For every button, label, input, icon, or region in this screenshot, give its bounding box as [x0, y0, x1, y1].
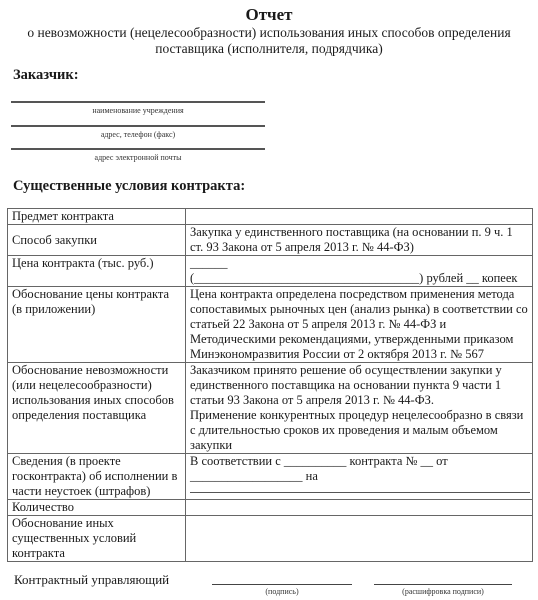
row-label: Способ закупки	[8, 225, 186, 256]
customer-address-caption: адрес, телефон (факс)	[11, 130, 265, 139]
row-label: Количество	[8, 500, 186, 516]
conditions-table: Предмет контракта Способ закупки Закупка…	[7, 208, 533, 562]
row-value-procurement-method: Закупка у единственного поставщика (на о…	[186, 225, 533, 256]
table-row: Предмет контракта	[8, 209, 533, 225]
price-words-line: (____________________________________) р…	[190, 271, 528, 286]
customer-email-field[interactable]	[11, 148, 265, 150]
document-title: Отчет	[0, 5, 538, 25]
row-value-quantity[interactable]	[186, 500, 533, 516]
penalties-line-1: В соответствии с __________ контракта № …	[190, 454, 528, 469]
signatory-label: Контрактный управляющий	[14, 572, 169, 588]
table-row: Способ закупки Закупка у единственного п…	[8, 225, 533, 256]
penalties-line-2: __________________ на	[190, 469, 528, 484]
row-value-penalties[interactable]: В соответствии с __________ контракта № …	[186, 454, 533, 500]
customer-label: Заказчик:	[13, 67, 79, 84]
subtitle-line-1: о невозможности (нецелесообразности) исп…	[0, 25, 538, 41]
customer-name-caption: наименование учреждения	[11, 106, 265, 115]
row-value-impossibility-justification: Заказчиком принято решение об осуществле…	[186, 363, 533, 454]
signature-decoding-caption: (расшифровка подписи)	[374, 587, 512, 596]
table-row: Обоснование цены контракта (в приложении…	[8, 287, 533, 363]
row-label: Обоснование цены контракта (в приложении…	[8, 287, 186, 363]
signature-decoding-field[interactable]	[374, 584, 512, 585]
table-row: Количество	[8, 500, 533, 516]
row-label: Обоснование иных существенных условий ко…	[8, 516, 186, 562]
row-value-price-justification: Цена контракта определена посредством пр…	[186, 287, 533, 363]
justification-paragraph-1: Заказчиком принято решение об осуществле…	[190, 363, 528, 408]
subtitle-line-2: поставщика (исполнителя, подрядчика)	[0, 41, 538, 57]
justification-paragraph-2: Применение конкурентных процедур нецелес…	[190, 408, 528, 453]
row-label: Предмет контракта	[8, 209, 186, 225]
document-subtitle: о невозможности (нецелесообразности) исп…	[0, 25, 538, 57]
table-row: Обоснование иных существенных условий ко…	[8, 516, 533, 562]
row-label: Цена контракта (тыс. руб.)	[8, 256, 186, 287]
row-value-subject[interactable]	[186, 209, 533, 225]
price-amount-line: ______	[190, 256, 528, 271]
row-value-price[interactable]: ______ (________________________________…	[186, 256, 533, 287]
customer-email-caption: адрес электронной почты	[11, 153, 265, 162]
customer-address-field[interactable]	[11, 125, 265, 127]
penalties-fill-line[interactable]	[190, 484, 530, 493]
signature-field[interactable]	[212, 584, 352, 585]
table-row: Обоснование невозможности (или нецелесоо…	[8, 363, 533, 454]
table-row: Сведения (в проекте госконтракта) об исп…	[8, 454, 533, 500]
conditions-title: Существенные условия контракта:	[13, 178, 245, 195]
row-label: Сведения (в проекте госконтракта) об исп…	[8, 454, 186, 500]
table-row: Цена контракта (тыс. руб.) ______ (_____…	[8, 256, 533, 287]
customer-name-field[interactable]	[11, 101, 265, 103]
row-label: Обоснование невозможности (или нецелесоо…	[8, 363, 186, 454]
signature-caption: (подпись)	[212, 587, 352, 596]
row-value-other-conditions[interactable]	[186, 516, 533, 562]
